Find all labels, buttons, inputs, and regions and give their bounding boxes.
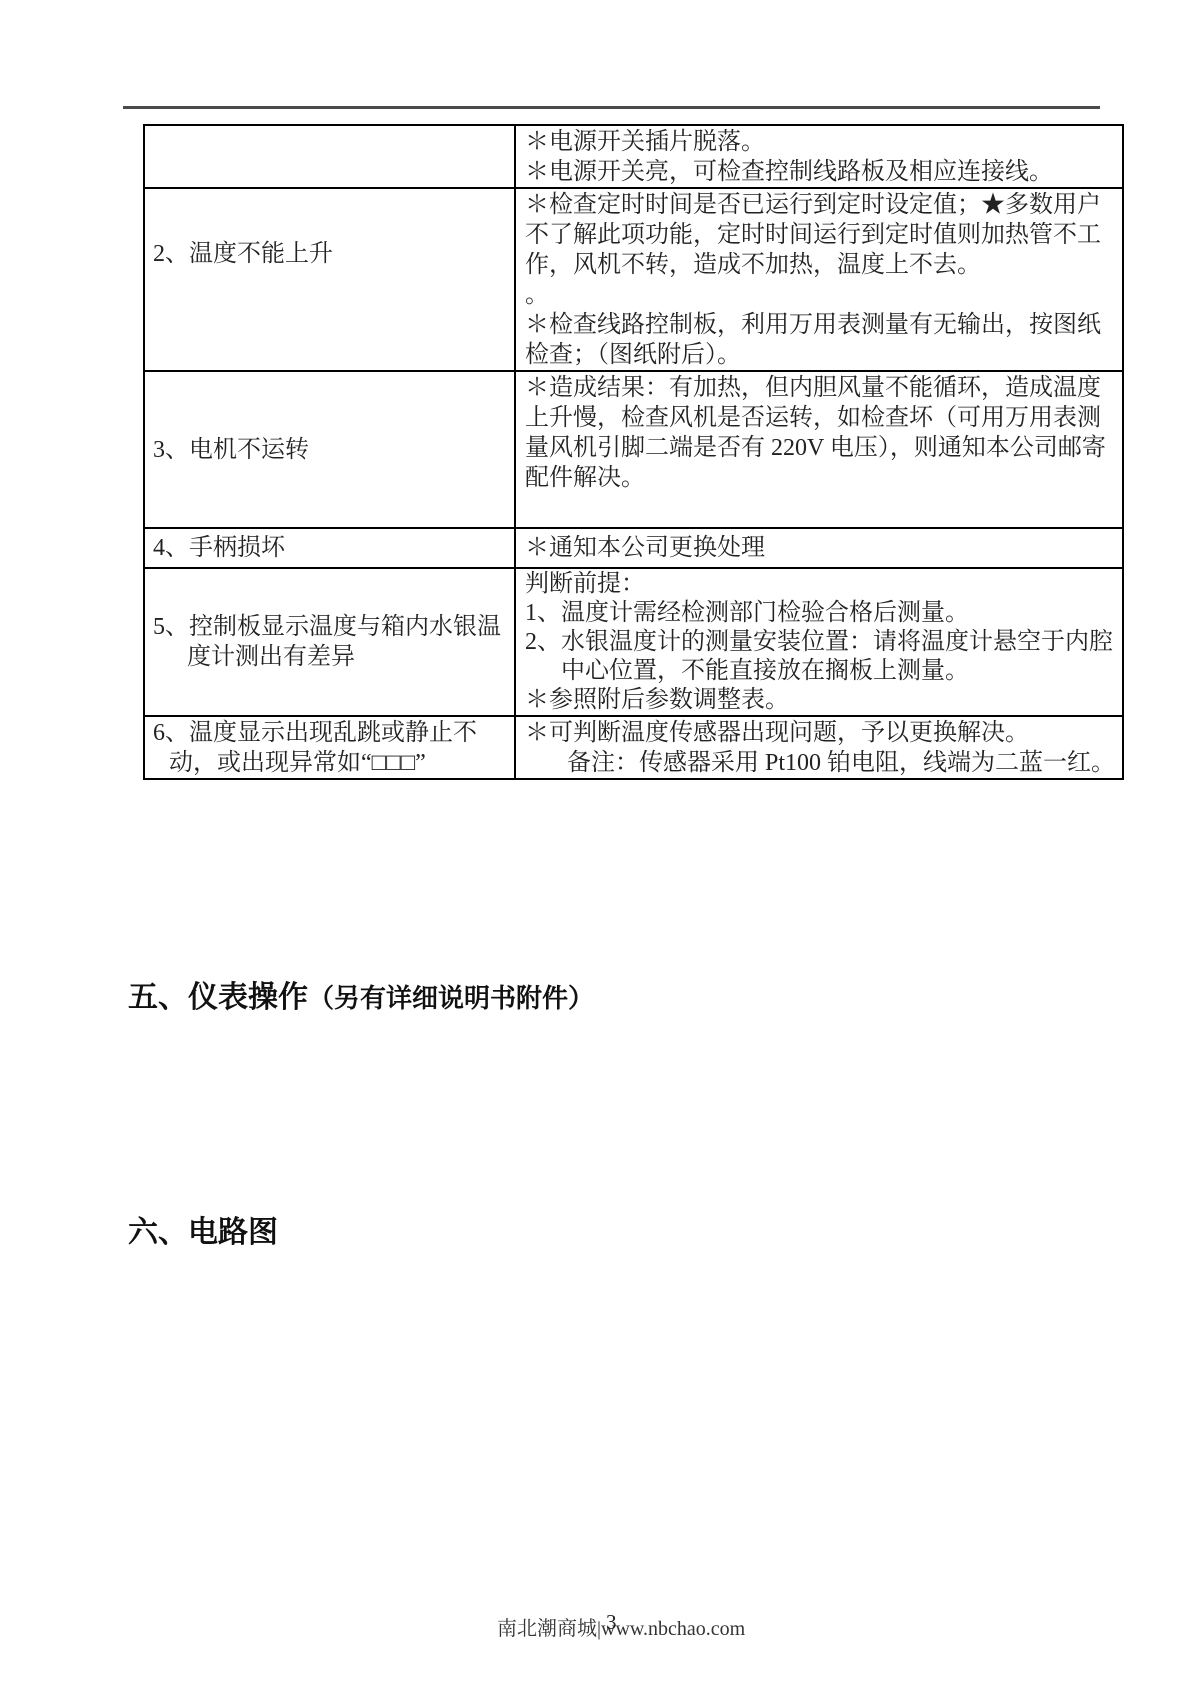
fault-cell [144, 125, 515, 188]
cell-line: 2、温度不能上升 [153, 239, 510, 269]
cell-line: 3、电机不运转 [153, 435, 510, 465]
cell-line: ＊电源开关插片脱落。 [525, 127, 1116, 157]
cell-line: 2、水银温度计的测量安装位置：请将温度计悬空于内腔 [525, 628, 1116, 657]
cell-line: 度计测出有差异 [153, 642, 510, 672]
solution-cell: ＊通知本公司更换处理 [515, 528, 1123, 568]
section-5-subtitle: （另有详细说明书附件） [308, 984, 594, 1013]
cell-line: ＊造成结果：有加热，但内胆风量不能循环，造成温度 [525, 373, 1116, 403]
section-5-title: 五、仪表操作 [128, 981, 308, 1014]
table-row: 4、手柄损坏 ＊通知本公司更换处理 [144, 528, 1123, 568]
cell-line: ＊检查线路控制板，利用万用表测量有无输出，按图纸 [525, 310, 1116, 340]
solution-cell: ＊造成结果：有加热，但内胆风量不能循环，造成温度 上升慢，检查风机是否运转，如检… [515, 371, 1123, 528]
fault-cell: 4、手柄损坏 [144, 528, 515, 568]
cell-line: 配件解决。 [525, 463, 1116, 493]
table-row: 6、温度显示出现乱跳或静止不 动，或出现异常如“□□□” ＊可判断温度传感器出现… [144, 716, 1123, 779]
cell-line: ＊检查定时时间是否已运行到定时设定值；★多数用户 [525, 190, 1116, 220]
cell-line: 上升慢，检查风机是否运转，如检查坏（可用万用表测 [525, 403, 1116, 433]
section-6-title: 六、电路图 [128, 1216, 278, 1249]
fault-cell: 6、温度显示出现乱跳或静止不 动，或出现异常如“□□□” [144, 716, 515, 779]
fault-cell: 3、电机不运转 [144, 371, 515, 528]
cell-line: 动，或出现异常如“□□□” [153, 748, 510, 778]
fault-cell: 2、温度不能上升 [144, 188, 515, 371]
cell-line: 判断前提： [525, 570, 1116, 599]
cell-line: 作，风机不转，造成不加热，温度上不去。 [525, 250, 1116, 280]
cell-line: 中心位置，不能直接放在搁板上测量。 [525, 657, 1116, 686]
table-row: 2、温度不能上升 ＊检查定时时间是否已运行到定时设定值；★多数用户 不了解此项功… [144, 188, 1123, 371]
cell-line: 4、手柄损坏 [153, 533, 510, 563]
cell-line: 1、温度计需经检测部门检验合格后测量。 [525, 599, 1116, 628]
document-page: ＊电源开关插片脱落。 ＊电源开关亮，可检查控制线路板及相应连接线。 2、温度不能… [0, 0, 1200, 1697]
solution-cell: ＊电源开关插片脱落。 ＊电源开关亮，可检查控制线路板及相应连接线。 [515, 125, 1123, 188]
cell-line: 。 [525, 280, 1116, 310]
troubleshooting-table: ＊电源开关插片脱落。 ＊电源开关亮，可检查控制线路板及相应连接线。 2、温度不能… [143, 124, 1124, 780]
cell-line: 不了解此项功能，定时时间运行到定时值则加热管不工 [525, 220, 1116, 250]
cell-line: ＊参照附后参数调整表。 [525, 686, 1116, 715]
footer-watermark: 南北潮商城|www.nbchao.com [497, 1612, 745, 1641]
fault-cell: 5、控制板显示温度与箱内水银温 度计测出有差异 [144, 568, 515, 716]
solution-cell: ＊可判断温度传感器出现问题，予以更换解决。 备注：传感器采用 Pt100 铂电阻… [515, 716, 1123, 779]
cell-line: 6、温度显示出现乱跳或静止不 [153, 718, 510, 748]
table-row: 5、控制板显示温度与箱内水银温 度计测出有差异 判断前提： 1、温度计需经检测部… [144, 568, 1123, 716]
solution-cell: ＊检查定时时间是否已运行到定时设定值；★多数用户 不了解此项功能，定时时间运行到… [515, 188, 1123, 371]
section-heading-5: 五、仪表操作（另有详细说明书附件） [128, 972, 594, 1016]
cell-line: ＊可判断温度传感器出现问题，予以更换解决。 [525, 718, 1116, 748]
cell-line: 备注：传感器采用 Pt100 铂电阻，线端为二蓝一红。 [525, 748, 1116, 778]
table-row: 3、电机不运转 ＊造成结果：有加热，但内胆风量不能循环，造成温度 上升慢，检查风… [144, 371, 1123, 528]
table-row: ＊电源开关插片脱落。 ＊电源开关亮，可检查控制线路板及相应连接线。 [144, 125, 1123, 188]
section-heading-6: 六、电路图 [128, 1207, 278, 1251]
solution-cell: 判断前提： 1、温度计需经检测部门检验合格后测量。 2、水银温度计的测量安装位置… [515, 568, 1123, 716]
cell-line: 5、控制板显示温度与箱内水银温 [153, 612, 510, 642]
cell-line: 量风机引脚二端是否有 220V 电压），则通知本公司邮寄 [525, 433, 1116, 463]
header-rule [123, 106, 1100, 109]
page-number: 3 [606, 1610, 617, 1635]
cell-line: ＊通知本公司更换处理 [525, 533, 1116, 563]
cell-line: ＊电源开关亮，可检查控制线路板及相应连接线。 [525, 157, 1116, 187]
cell-line: 检查；（图纸附后）。 [525, 340, 1116, 370]
